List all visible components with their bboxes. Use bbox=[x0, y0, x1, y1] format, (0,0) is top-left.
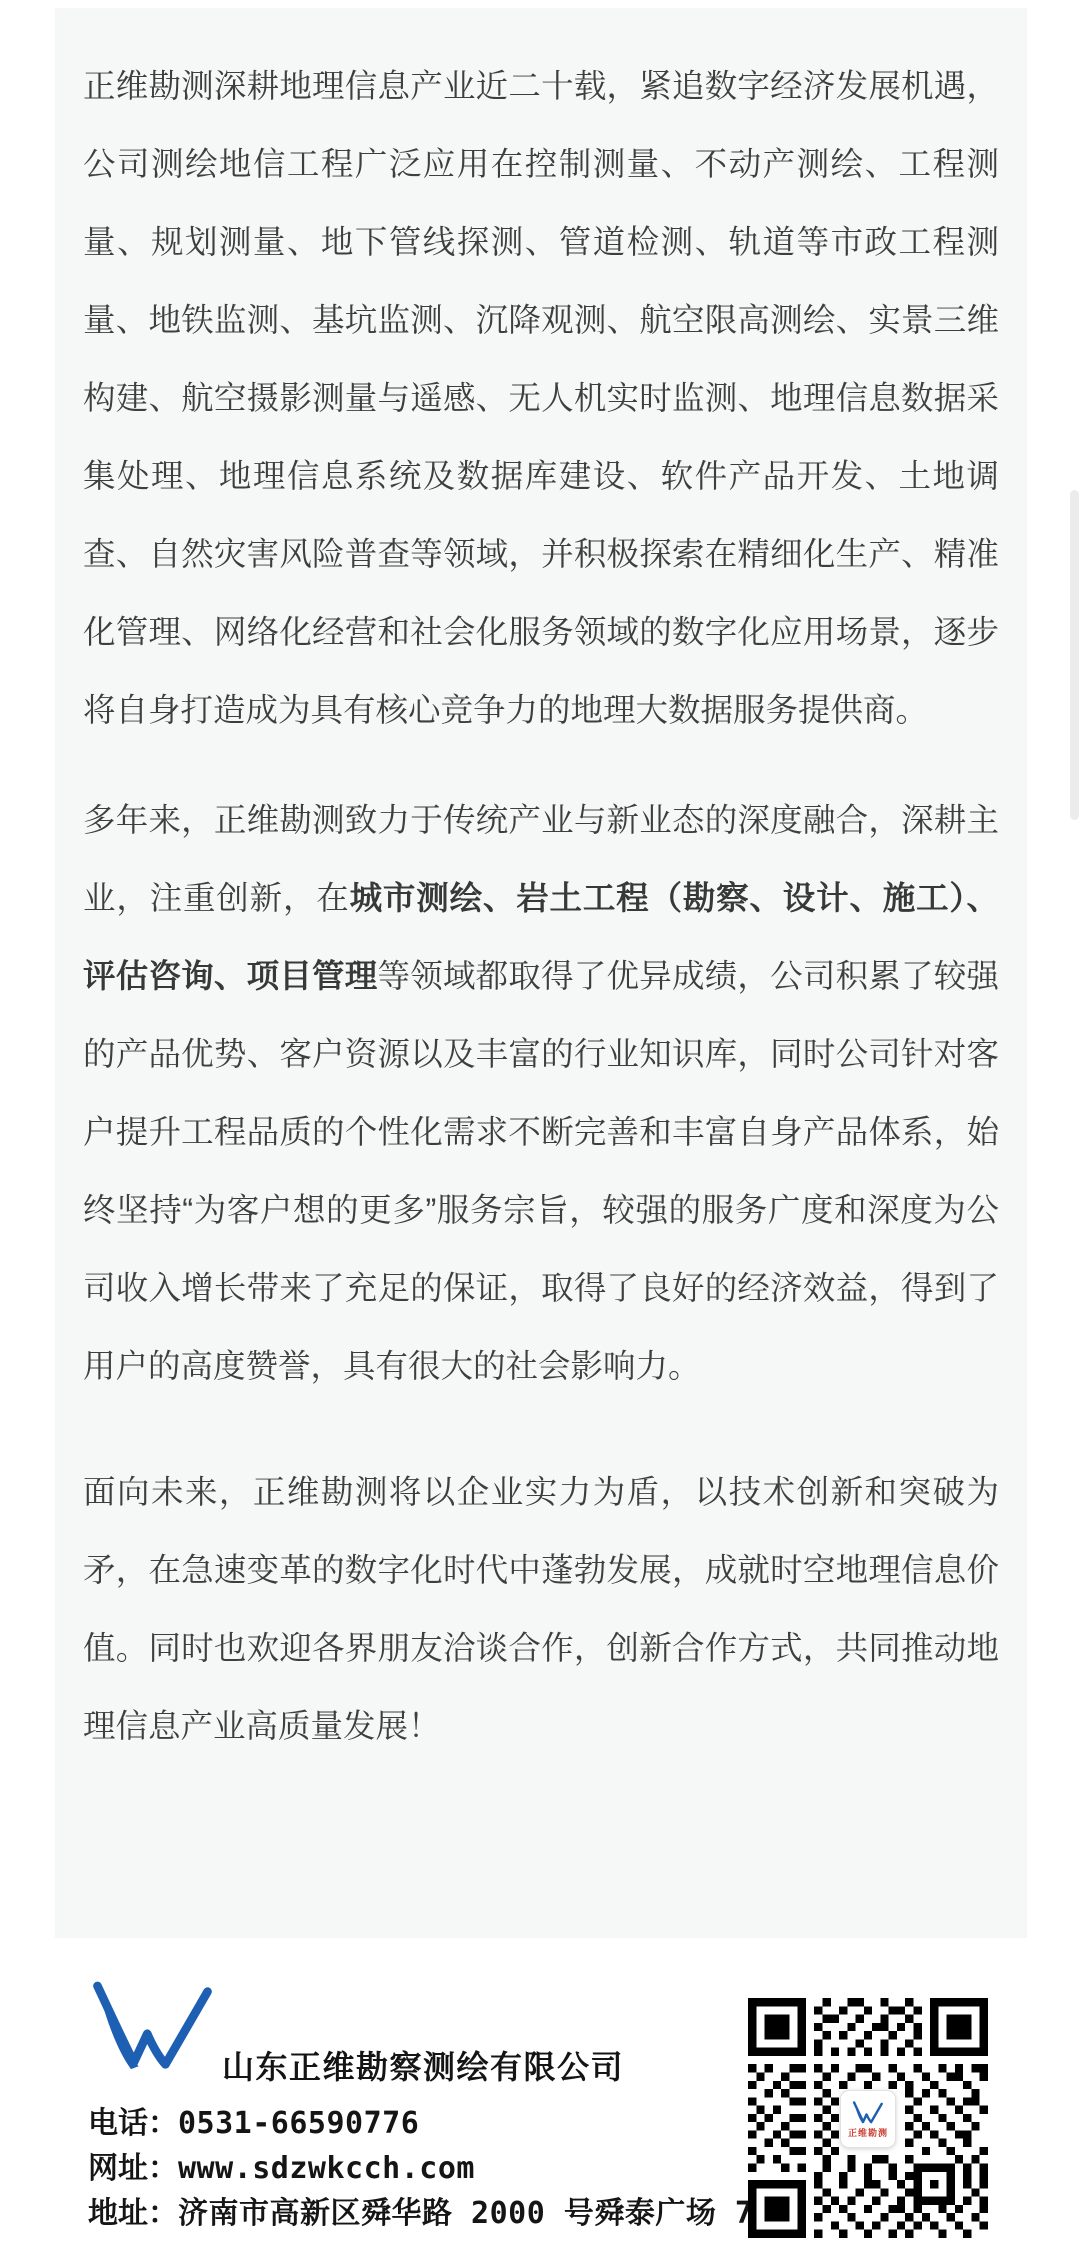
article-card: 正维勘测深耕地理信息产业近二十载，紧追数字经济发展机遇，公司测绘地信工程广泛应用… bbox=[55, 8, 1027, 1938]
address-row: 地址：济南市高新区舜华路 2000 号舜泰广场 7F bbox=[88, 2191, 772, 2236]
article-paragraph-1: 正维勘测深耕地理信息产业近二十载，紧追数字经济发展机遇，公司测绘地信工程广泛应用… bbox=[83, 47, 999, 749]
website-label: 网址： bbox=[88, 2152, 178, 2185]
phone-number: 0531-66590776 bbox=[178, 2106, 419, 2141]
qr-code[interactable]: 正维勘测 bbox=[748, 1998, 988, 2238]
scrollbar-thumb[interactable] bbox=[1070, 490, 1079, 820]
qr-badge-w-icon bbox=[851, 2101, 885, 2125]
phone-label: 电话： bbox=[88, 2107, 178, 2140]
address-label: 地址： bbox=[88, 2197, 178, 2230]
article-page: 正维勘测深耕地理信息产业近二十载，紧追数字经济发展机遇，公司测绘地信工程广泛应用… bbox=[0, 0, 1080, 2256]
article-paragraph-3: 面向未来，正维勘测将以企业实力为盾，以技术创新和突破为矛，在急速变革的数字化时代… bbox=[83, 1453, 999, 1765]
website-row: 网址：www.sdzwkcch.com bbox=[88, 2146, 772, 2191]
footer: 山东正维勘察测绘有限公司 电话：0531-66590776 网址：www.sdz… bbox=[0, 1938, 1080, 2256]
contact-info: 电话：0531-66590776 网址：www.sdzwkcch.com 地址：… bbox=[88, 2101, 772, 2236]
website-url: www.sdzwkcch.com bbox=[178, 2151, 475, 2186]
company-logo-w-icon bbox=[86, 1980, 220, 2076]
company-name: 山东正维勘察测绘有限公司 bbox=[222, 2042, 624, 2088]
phone-row: 电话：0531-66590776 bbox=[88, 2101, 772, 2146]
paragraph2-text-post: 等领域都取得了优异成绩，公司积累了较强的产品优势、客户资源以及丰富的行业知识库，… bbox=[83, 958, 999, 1384]
qr-badge-label: 正维勘测 bbox=[848, 2128, 888, 2138]
address-value: 济南市高新区舜华路 2000 号舜泰广场 7F bbox=[178, 2196, 772, 2231]
article-paragraph-2: 多年来，正维勘测致力于传统产业与新业态的深度融合，深耕主业，注重创新，在城市测绘… bbox=[83, 781, 999, 1405]
qr-center-logo-badge: 正维勘测 bbox=[840, 2090, 896, 2148]
